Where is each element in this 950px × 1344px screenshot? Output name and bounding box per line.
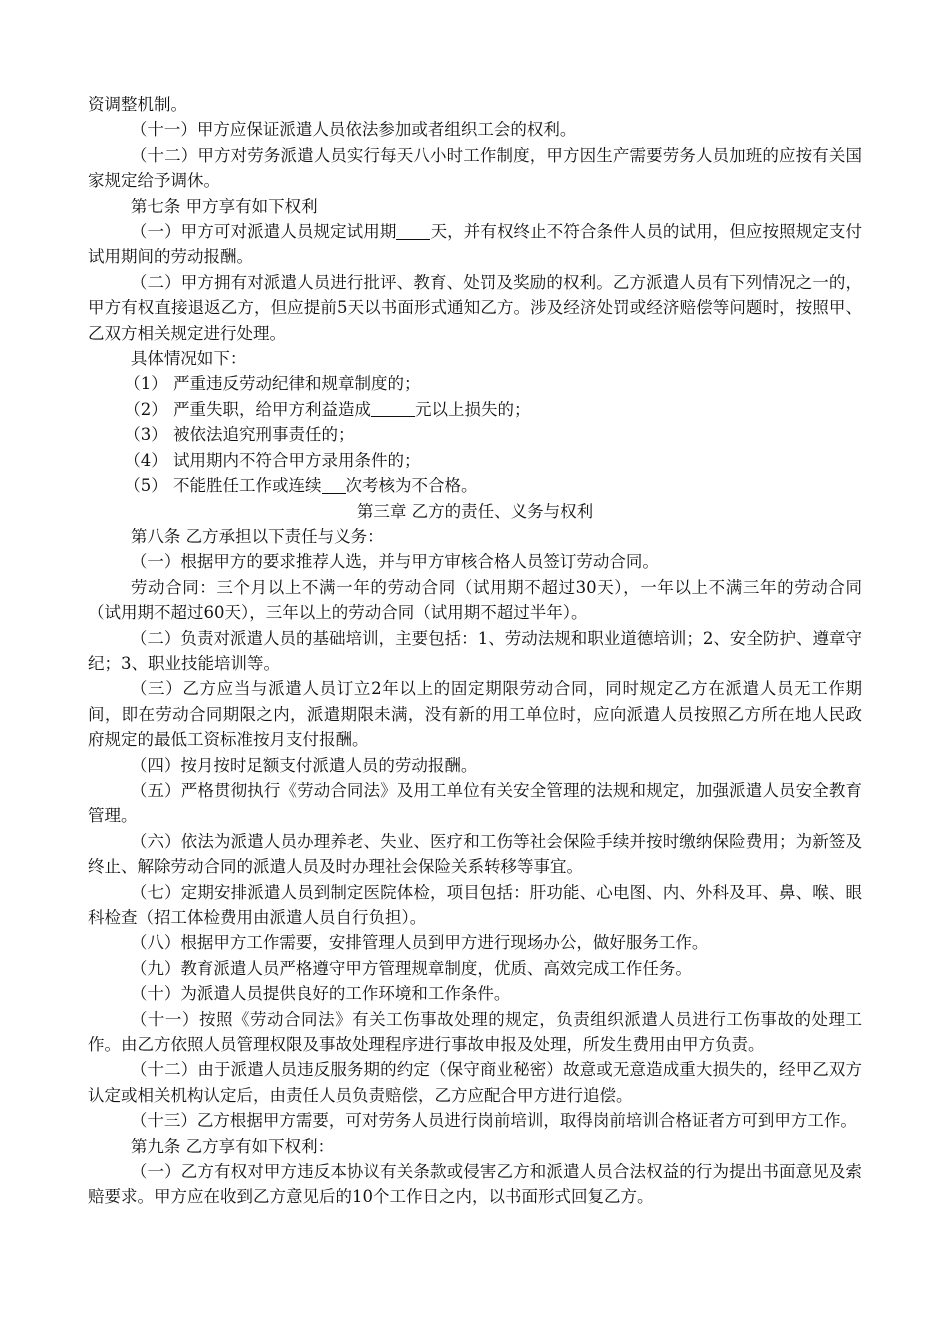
- paragraph: （三）乙方应当与派遣人员订立2年以上的固定期限劳动合同，同时规定乙方在派遣人员无…: [88, 676, 862, 752]
- chapter-heading: 第三章 乙方的责任、义务与权利: [88, 499, 862, 524]
- text-segment: （一）甲方可对派遣人员规定试用期: [131, 222, 397, 241]
- paragraph: 劳动合同：三个月以上不满一年的劳动合同（试用期不超过30天），一年以上不满三年的…: [88, 575, 862, 626]
- paragraph: （八）根据甲方工作需要，安排管理人员到甲方进行现场办公，做好服务工作。: [88, 930, 862, 955]
- fill-in-blank-trial-days[interactable]: [396, 222, 430, 240]
- paragraph: （一）乙方有权对甲方违反本协议有关条款或侵害乙方和派遣人员合法权益的行为提出书面…: [88, 1159, 862, 1210]
- paragraph: （七）定期安排派遣人员到制定医院体检，项目包括：肝功能、心电图、内、外科及耳、鼻…: [88, 880, 862, 931]
- paragraph: （十）为派遣人员提供良好的工作环境和工作条件。: [88, 981, 862, 1006]
- paragraph: （九）教育派遣人员严格遵守甲方管理规章制度，优质、高效完成工作任务。: [88, 956, 862, 981]
- paragraph: （一）根据甲方的要求推荐人选，并与甲方审核合格人员签订劳动合同。: [88, 549, 862, 574]
- fill-in-blank-amount[interactable]: [371, 400, 415, 418]
- paragraph: 具体情况如下：: [88, 346, 862, 371]
- paragraph: （六）依法为派遣人员办理养老、失业、医疗和工伤等社会保险手续并按时缴纳保险费用；…: [88, 829, 862, 880]
- paragraph: （十一）按照《劳动合同法》有关工伤事故处理的规定，负责组织派遣人员进行工伤事故的…: [88, 1007, 862, 1058]
- paragraph-with-blank: （一）甲方可对派遣人员规定试用期天，并有权终止不符合条件人员的试用，但应按照规定…: [88, 219, 862, 270]
- paragraph: （十二）由于派遣人员违反服务期的约定（保守商业秘密）故意或无意造成重大损失的，经…: [88, 1057, 862, 1108]
- paragraph: （十三）乙方根据甲方需要，可对劳务人员进行岗前培训，取得岗前培训合格证者方可到甲…: [88, 1108, 862, 1133]
- article-9-title: 第九条 乙方享有如下权利：: [88, 1134, 862, 1159]
- paragraph: （十一）甲方应保证派遣人员依法参加或者组织工会的权利。: [88, 117, 862, 142]
- list-item: （4） 试用期内不符合甲方录用条件的；: [88, 448, 862, 473]
- paragraph: （十二）甲方对劳务派遣人员实行每天八小时工作制度，甲方因生产需要劳务人员加班的应…: [88, 143, 862, 194]
- fill-in-blank-times[interactable]: [322, 476, 346, 494]
- list-item: （5） 不能胜任工作或连续次考核为不合格。: [88, 473, 862, 498]
- paragraph: （二）负责对派遣人员的基础培训，主要包括：1、劳动法规和职业道德培训；2、安全防…: [88, 626, 862, 677]
- list-item: （2） 严重失职，给甲方利益造成元以上损失的；: [88, 397, 862, 422]
- article-7-title: 第七条 甲方享有如下权利: [88, 194, 862, 219]
- paragraph: （四）按月按时足额支付派遣人员的劳动报酬。: [88, 753, 862, 778]
- list-item: （3） 被依法追究刑事责任的；: [88, 422, 862, 447]
- list-item: （1） 严重违反劳动纪律和规章制度的；: [88, 371, 862, 396]
- article-8-title: 第八条 乙方承担以下责任与义务：: [88, 524, 862, 549]
- document-page: 资调整机制。 （十一）甲方应保证派遣人员依法参加或者组织工会的权利。 （十二）甲…: [88, 92, 862, 1210]
- paragraph: （二）甲方拥有对派遣人员进行批评、教育、处罚及奖励的权利。乙方派遣人员有下列情况…: [88, 270, 862, 346]
- paragraph: （五）严格贯彻执行《劳动合同法》及用工单位有关安全管理的法规和规定，加强派遣人员…: [88, 778, 862, 829]
- paragraph: 资调整机制。: [88, 92, 862, 117]
